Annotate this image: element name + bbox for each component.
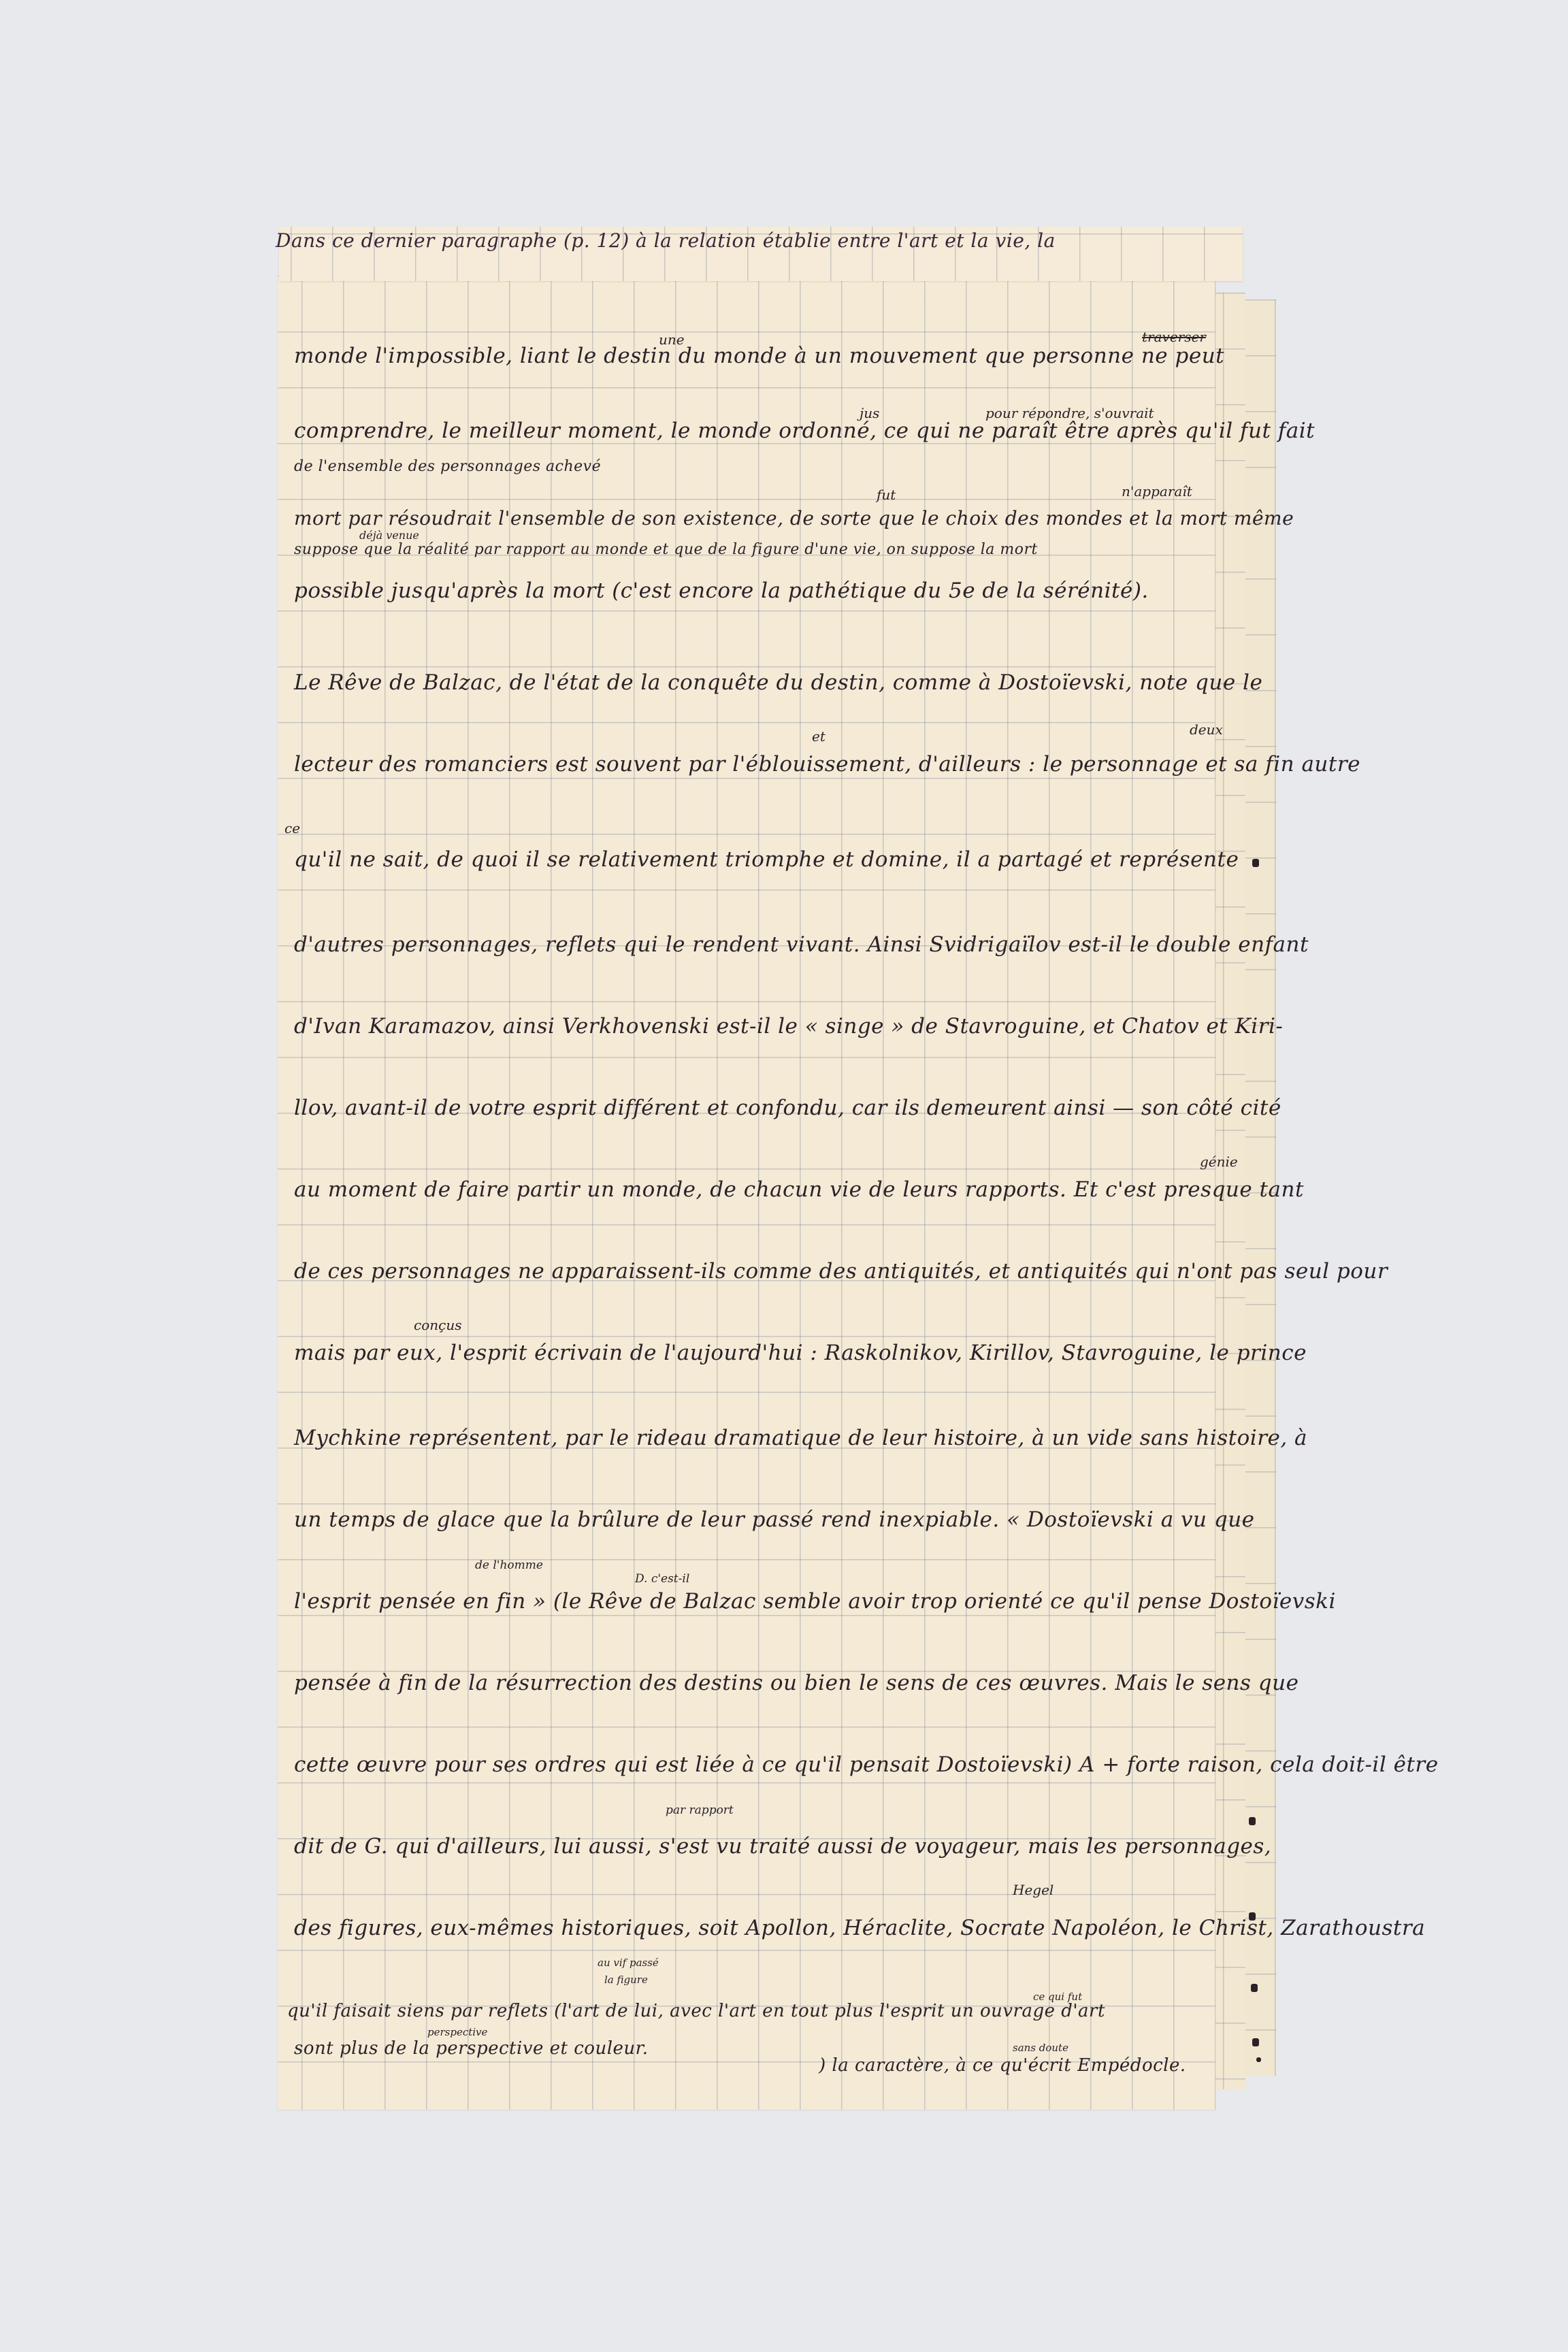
handwritten-line: l'esprit pensée en fin » (le Rêve de Bal… xyxy=(294,1589,1336,1614)
handwritten-line: de ces personnages ne apparaissent-ils c… xyxy=(294,1259,1388,1284)
handwritten-line: ) la caractère, à ce qu'écrit Empédocle. xyxy=(819,2055,1186,2076)
margin-ink-mark xyxy=(1251,1984,1258,1992)
handwritten-line: qu'il ne sait, de quoi il se relativemen… xyxy=(294,847,1239,872)
interlinear-insertion: deux xyxy=(1190,721,1223,738)
handwritten-line: llov, avant-il de votre esprit différent… xyxy=(294,1096,1281,1120)
manuscript-page: unité, dissimule une évolution analogiqu… xyxy=(278,276,1215,2110)
margin-ink-mark xyxy=(1256,2057,1261,2062)
interlinear-insertion: la figure xyxy=(604,1974,648,1986)
handwritten-line: qu'il faisait siens par reflets (l'art d… xyxy=(287,2001,1105,2021)
handwritten-line: d'autres personnages, reflets qui le ren… xyxy=(294,932,1309,957)
interlinear-insertion: sans doute xyxy=(1013,2042,1068,2054)
interlinear-insertion: déjà venue xyxy=(359,529,419,542)
handwritten-line: lecteur des romanciers est souvent par l… xyxy=(294,752,1360,777)
interlinear-insertion: D. c'est-il xyxy=(635,1572,689,1586)
interlinear-insertion: perspective xyxy=(427,2026,487,2038)
handwritten-line: cette œuvre pour ses ordres qui est liée… xyxy=(294,1752,1439,1777)
handwritten-line: d'Ivan Karamazov, ainsi Verkhovenski est… xyxy=(294,1014,1283,1039)
handwritten-line: suppose que la réalité par rapport au mo… xyxy=(294,541,1038,558)
pasted-slip: Dans ce dernier paragraphe (p. 12) à la … xyxy=(279,227,1243,281)
interlinear-insertion: conçus xyxy=(414,1317,461,1333)
handwritten-line: monde l'impossible, liant le destin du m… xyxy=(294,344,1224,368)
interlinear-insertion: et xyxy=(812,728,826,745)
interlinear-insertion: ce xyxy=(284,820,300,836)
margin-ink-mark xyxy=(1252,2038,1259,2046)
interlinear-insertion: traverser xyxy=(1142,329,1206,345)
handwritten-line: dit de G. qui d'ailleurs, lui aussi, s'e… xyxy=(294,1834,1271,1859)
interlinear-insertion: génie xyxy=(1200,1154,1238,1170)
margin-ink-mark xyxy=(1249,1912,1256,1921)
margin-ink-mark xyxy=(1249,1817,1256,1825)
interlinear-insertion: n'apparaît xyxy=(1122,483,1192,500)
interlinear-insertion: fut xyxy=(877,487,896,503)
handwritten-line: Mychkine représentent, par le rideau dra… xyxy=(294,1426,1307,1450)
handwritten-line: un temps de glace que la brûlure de leur… xyxy=(294,1507,1255,1532)
interlinear-insertion: par rapport xyxy=(666,1803,734,1817)
handwritten-line: sont plus de la perspective et couleur. xyxy=(294,2038,648,2059)
interlinear-insertion: Hegel xyxy=(1013,1882,1053,1898)
interlinear-insertion: au vif passé xyxy=(598,1957,659,1969)
interlinear-insertion: de l'homme xyxy=(475,1558,543,1572)
handwritten-line: Dans ce dernier paragraphe (p. 12) à la … xyxy=(276,229,1056,252)
handwritten-line: au moment de faire partir un monde, de c… xyxy=(294,1177,1304,1202)
handwritten-line: de l'ensemble des personnages achevé xyxy=(294,458,601,475)
handwritten-line: Le Rêve de Balzac, de l'état de la conqu… xyxy=(294,670,1262,695)
handwritten-line: pensée à fin de la résurrection des dest… xyxy=(294,1671,1298,1695)
handwritten-line: des figures, eux-mêmes historiques, soit… xyxy=(294,1916,1425,1940)
handwritten-line: mais par eux, l'esprit écrivain de l'auj… xyxy=(294,1341,1307,1365)
margin-ink-mark xyxy=(1252,859,1259,867)
handwritten-line: comprendre, le meilleur moment, le monde… xyxy=(294,419,1315,443)
handwritten-line: possible jusqu'après la mort (c'est enco… xyxy=(294,578,1149,603)
handwritten-line: mort par résoudrait l'ensemble de son ex… xyxy=(294,507,1294,529)
